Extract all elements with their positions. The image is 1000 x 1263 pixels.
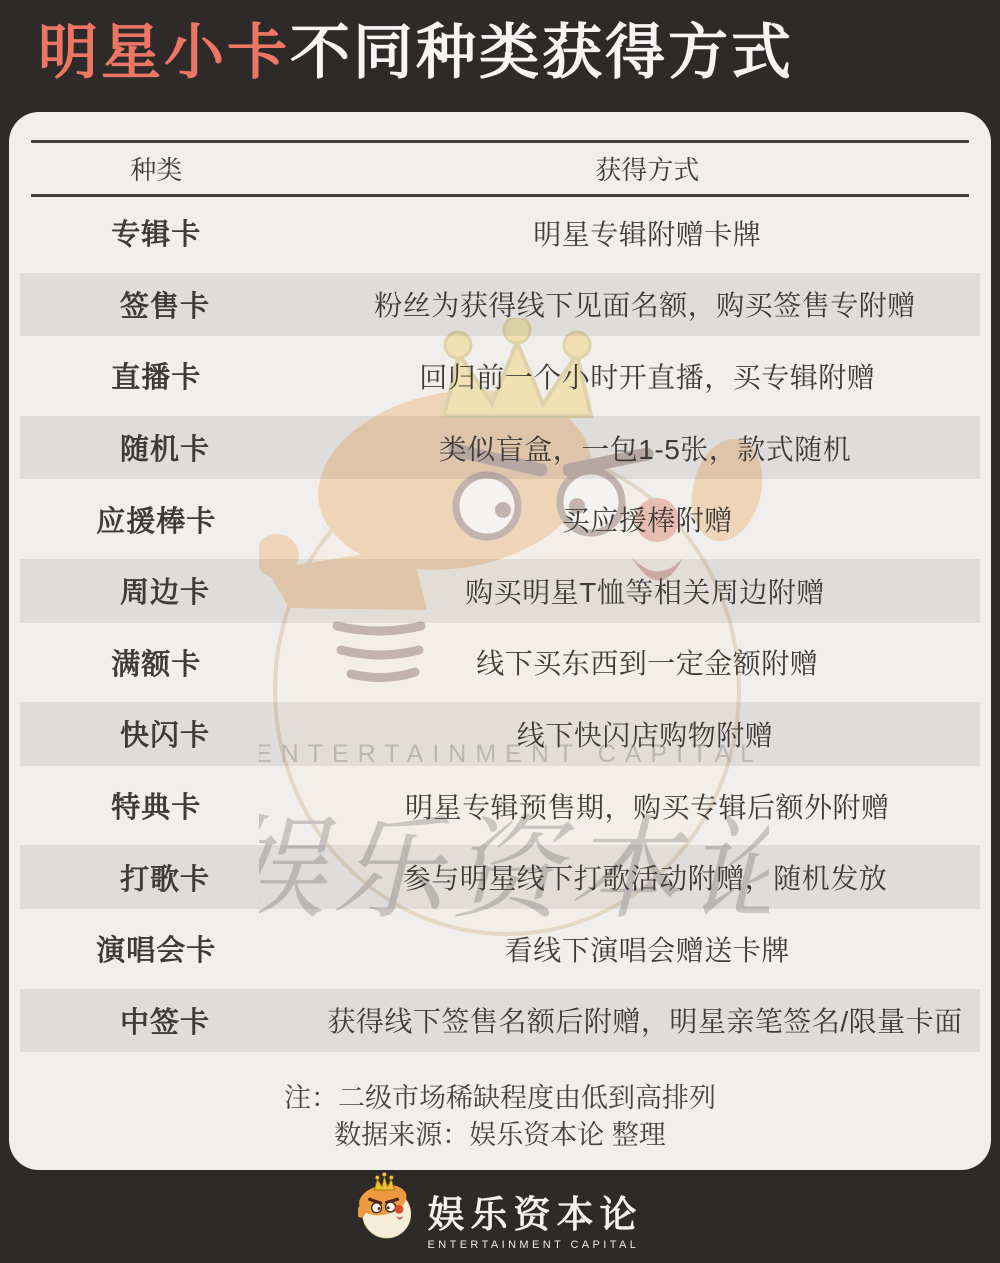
table-row: 专辑卡 明星专辑附赠卡牌 — [9, 197, 991, 269]
table-row: 签售卡 粉丝为获得线下见面名额，购买签售专附赠 — [20, 269, 980, 341]
acquisition-method-cell: 参与明星线下打歌活动附赠，随机发放 — [310, 857, 980, 897]
card-type-cell: 满额卡 — [9, 642, 304, 683]
acquisition-method-cell: 明星专辑预售期，购买专辑后额外附赠 — [304, 786, 991, 826]
column-header-type: 种类 — [9, 150, 304, 187]
table-row: 应援棒卡 买应援棒附赠 — [9, 483, 991, 555]
table-row: 随机卡 类似盲盒，一包1-5张，款式随机 — [20, 412, 980, 484]
brand-logo: 娱乐资本论 ENTERTAINMENT CAPITAL — [0, 1168, 1000, 1251]
footnote-source: 数据来源：娱乐资本论 整理 — [9, 1117, 991, 1154]
card-type-cell: 打歌卡 — [20, 857, 310, 898]
footnote-scarcity: 注：二级市场稀缺程度由低到高排列 — [9, 1080, 991, 1117]
acquisition-method-cell: 购买明星T恤等相关周边附赠 — [310, 571, 980, 611]
table-row: 特典卡 明星专辑预售期，购买专辑后额外附赠 — [9, 770, 991, 842]
card-type-cell: 演唱会卡 — [9, 928, 304, 969]
table-row: 快闪卡 线下快闪店购物附赠 — [20, 698, 980, 770]
acquisition-method-cell: 粉丝为获得线下见面名额，购买签售专附赠 — [310, 284, 980, 324]
table-row: 打歌卡 参与明星线下打歌活动附赠，随机发放 — [20, 841, 980, 913]
table-panel: ENTERTAINMENT CAPITAL 娱乐资本论 种类 获得方式 专辑卡 … — [9, 112, 991, 1170]
card-type-cell: 特典卡 — [9, 785, 304, 826]
card-type-cell: 直播卡 — [9, 355, 304, 396]
page-title-highlight: 明星小卡 — [38, 19, 290, 86]
card-type-cell: 签售卡 — [20, 284, 310, 325]
table-row: 直播卡 回归前一个小时开直播，买专辑附赠 — [9, 340, 991, 412]
brand-logo-text: 娱乐资本论 ENTERTAINMENT CAPITAL — [428, 1196, 643, 1251]
acquisition-method-cell: 买应援棒附赠 — [304, 499, 991, 539]
card-type-cell: 应援棒卡 — [9, 499, 304, 540]
table-row: 中签卡 获得线下签售名额后附赠，明星亲笔签名/限量卡面 — [20, 985, 980, 1057]
card-type-cell: 中签卡 — [20, 1000, 310, 1041]
table-body: 专辑卡 明星专辑附赠卡牌 签售卡 粉丝为获得线下见面名额，购买签售专附赠 直播卡… — [9, 197, 991, 1056]
acquisition-method-cell: 线下买东西到一定金额附赠 — [304, 642, 991, 682]
acquisition-method-cell: 获得线下签售名额后附赠，明星亲笔签名/限量卡面 — [310, 1000, 980, 1040]
card-type-cell: 快闪卡 — [20, 713, 310, 754]
page-title: 明星小卡不同种类获得方式 — [38, 20, 980, 86]
brand-mascot-icon — [358, 1168, 420, 1246]
table-row: 满额卡 线下买东西到一定金额附赠 — [9, 627, 991, 699]
acquisition-method-cell: 明星专辑附赠卡牌 — [304, 213, 991, 253]
acquisition-method-cell: 看线下演唱会赠送卡牌 — [304, 929, 991, 969]
table-row: 周边卡 购买明星T恤等相关周边附赠 — [20, 555, 980, 627]
card-type-cell: 随机卡 — [20, 427, 310, 468]
page-title-rest: 不同种类获得方式 — [290, 19, 794, 86]
card-type-cell: 周边卡 — [20, 570, 310, 611]
brand-subtitle: ENTERTAINMENT CAPITAL — [428, 1239, 643, 1251]
acquisition-method-cell: 类似盲盒，一包1-5张，款式随机 — [310, 428, 980, 468]
acquisition-method-cell: 回归前一个小时开直播，买专辑附赠 — [304, 356, 991, 396]
table-row: 演唱会卡 看线下演唱会赠送卡牌 — [9, 913, 991, 985]
acquisition-method-cell: 线下快闪店购物附赠 — [310, 714, 980, 754]
brand-name: 娱乐资本论 — [428, 1196, 643, 1233]
column-header-method: 获得方式 — [304, 150, 991, 187]
card-type-cell: 专辑卡 — [9, 212, 304, 253]
footnotes: 注：二级市场稀缺程度由低到高排列 数据来源：娱乐资本论 整理 — [9, 1080, 991, 1154]
table-header-row: 种类 获得方式 — [9, 143, 991, 194]
